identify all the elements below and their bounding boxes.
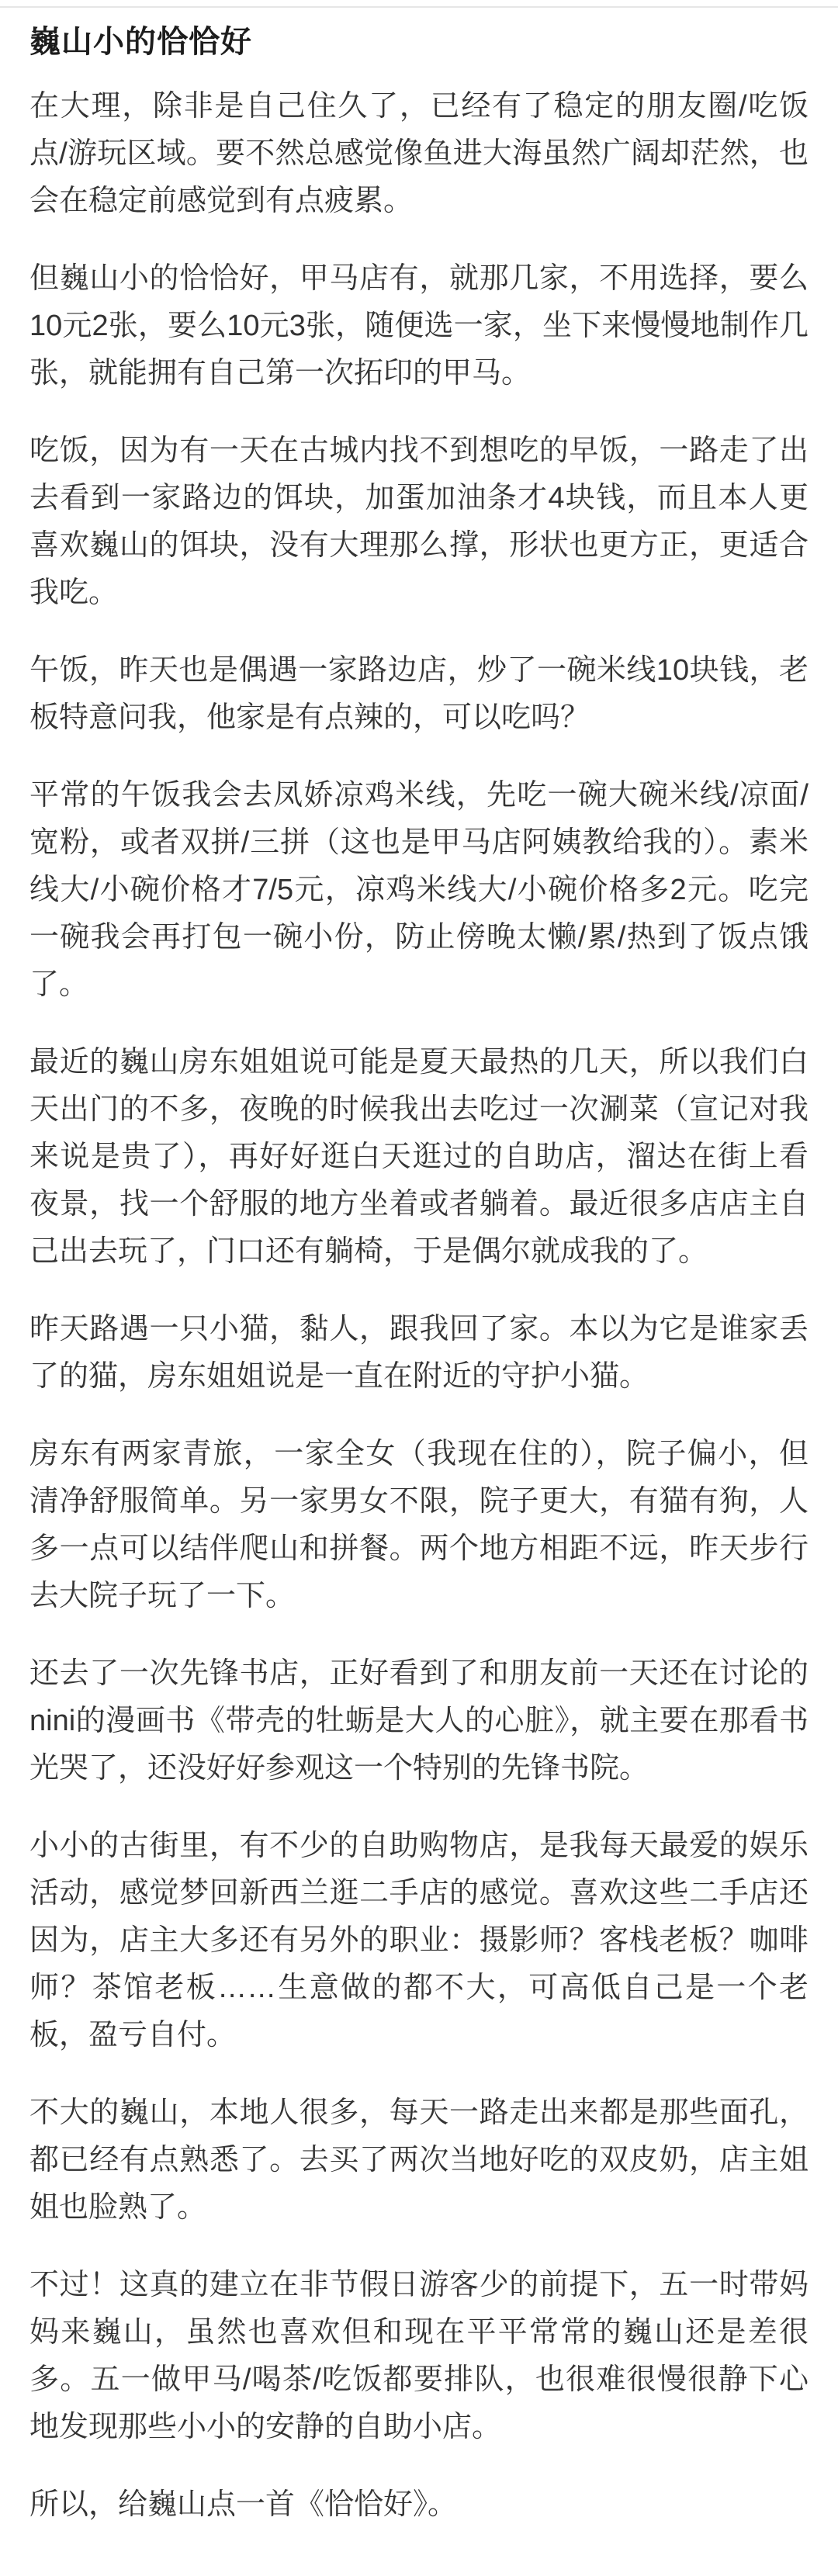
paragraph: 还去了一次先锋书店，正好看到了和朋友前一天还在讨论的nini的漫画书《带壳的牡蛎… (29, 1650, 809, 1792)
paragraph: 在大理，除非是自己住久了，已经有了稳定的朋友圈/吃饭点/游玩区域。要不然总感觉像… (29, 83, 809, 225)
article-page: 巍山小的恰恰好 在大理，除非是自己住久了，已经有了稳定的朋友圈/吃饭点/游玩区域… (0, 0, 838, 2576)
paragraph: 平常的午饭我会去凤娇凉鸡米线，先吃一碗大碗米线/凉面/宽粉，或者双拼/三拼（这也… (29, 772, 809, 1009)
paragraph: 不大的巍山，本地人很多，每天一路走出来都是那些面孔，都已经有点熟悉了。去买了两次… (29, 2090, 809, 2231)
article-content: 巍山小的恰恰好 在大理，除非是自己住久了，已经有了稳定的朋友圈/吃饭点/游玩区域… (0, 23, 838, 2529)
paragraph: 所以，给巍山点一首《恰恰好》。 (29, 2481, 809, 2529)
paragraph: 最近的巍山房东姐姐说可能是夏天最热的几天，所以我们白天出门的不多，夜晚的时候我出… (29, 1039, 809, 1276)
paragraph: 但巍山小的恰恰好，甲马店有，就那几家，不用选择，要么10元2张，要么10元3张，… (29, 255, 809, 397)
paragraph: 午饭，昨天也是偶遇一家路边店，炒了一碗米线10块钱，老板特意问我，他家是有点辣的… (29, 647, 809, 742)
article-title: 巍山小的恰恰好 (29, 23, 809, 61)
paragraph: 不过！这真的建立在非节假日游客少的前提下，五一时带妈妈来巍山，虽然也喜欢但和现在… (29, 2262, 809, 2451)
paragraph: 小小的古街里，有不少的自助购物店，是我每天最爱的娱乐活动，感觉梦回新西兰逛二手店… (29, 1823, 809, 2059)
paragraph: 吃饭，因为有一天在古城内找不到想吃的早饭，一路走了出去看到一家路边的饵块，加蛋加… (29, 428, 809, 617)
paragraph: 昨天路遇一只小猫，黏人，跟我回了家。本以为它是谁家丢了的猫，房东姐姐说是一直在附… (29, 1306, 809, 1401)
top-divider (0, 6, 838, 8)
paragraph: 房东有两家青旅，一家全女（我现在住的），院子偏小，但清净舒服简单。另一家男女不限… (29, 1431, 809, 1620)
